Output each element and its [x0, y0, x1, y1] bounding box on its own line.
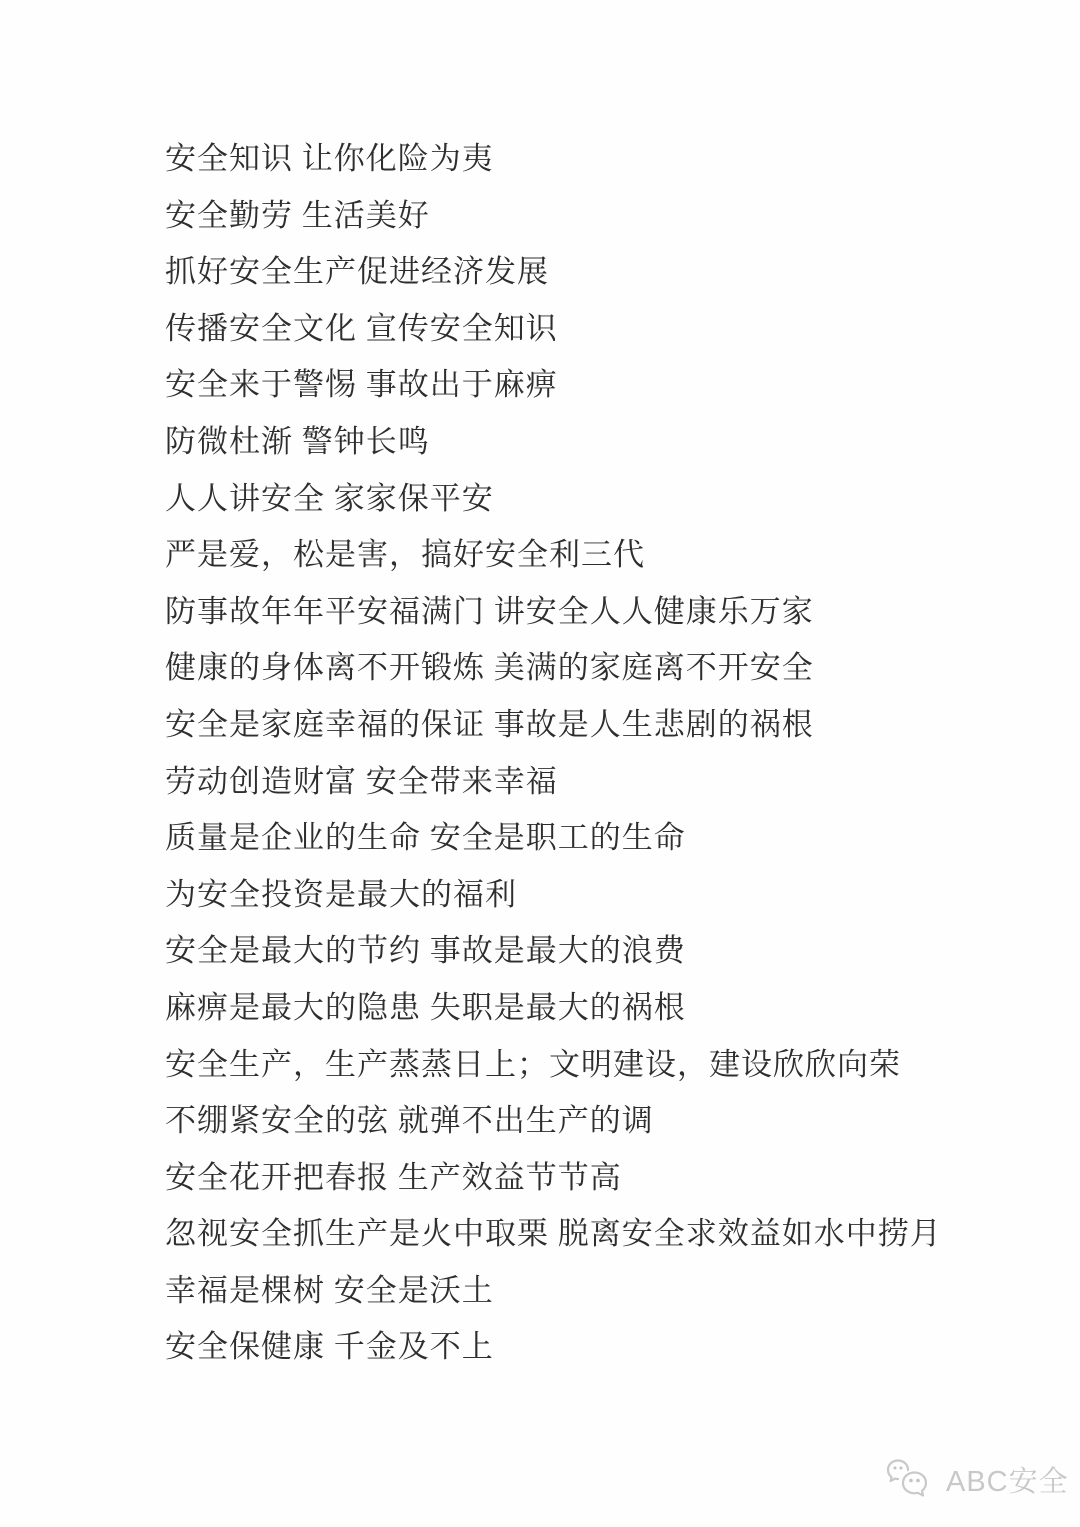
slogan-line: 健康的身体离不开锻炼 美满的家庭离不开安全	[165, 640, 1040, 697]
slogan-line: 安全保健康 千金及不上	[165, 1319, 1040, 1376]
document-page: 安全知识 让你化险为夷 安全勤劳 生活美好 抓好安全生产促进经济发展 传播安全文…	[0, 0, 1080, 1527]
slogan-list: 安全知识 让你化险为夷 安全勤劳 生活美好 抓好安全生产促进经济发展 传播安全文…	[165, 131, 1040, 1376]
slogan-line: 人人讲安全 家家保平安	[165, 471, 1040, 528]
slogan-line: 安全知识 让你化险为夷	[165, 131, 1040, 188]
slogan-line: 安全是最大的节约 事故是最大的浪费	[165, 923, 1040, 980]
slogan-line: 为安全投资是最大的福利	[165, 867, 1040, 924]
slogan-line: 严是爱，松是害，搞好安全利三代	[165, 527, 1040, 584]
slogan-line: 不绷紧安全的弦 就弹不出生产的调	[165, 1093, 1040, 1150]
slogan-line: 防微杜渐 警钟长鸣	[165, 414, 1040, 471]
slogan-line: 安全勤劳 生活美好	[165, 188, 1040, 245]
slogan-line: 安全来于警惕 事故出于麻痹	[165, 357, 1040, 414]
slogan-line: 防事故年年平安福满门 讲安全人人健康乐万家	[165, 584, 1040, 641]
watermark: ABC安全	[886, 1458, 1069, 1500]
slogan-line: 质量是企业的生命 安全是职工的生命	[165, 810, 1040, 867]
slogan-line: 安全生产，生产蒸蒸日上；文明建设，建设欣欣向荣	[165, 1037, 1040, 1094]
slogan-line: 传播安全文化 宣传安全知识	[165, 301, 1040, 358]
slogan-line: 幸福是棵树 安全是沃土	[165, 1263, 1040, 1320]
wechat-icon	[886, 1458, 940, 1500]
watermark-label: ABC安全	[946, 1459, 1069, 1500]
slogan-line: 劳动创造财富 安全带来幸福	[165, 754, 1040, 811]
slogan-line: 抓好安全生产促进经济发展	[165, 244, 1040, 301]
slogan-line: 安全是家庭幸福的保证 事故是人生悲剧的祸根	[165, 697, 1040, 754]
slogan-line: 麻痹是最大的隐患 失职是最大的祸根	[165, 980, 1040, 1037]
slogan-line: 安全花开把春报 生产效益节节高	[165, 1150, 1040, 1207]
slogan-line: 忽视安全抓生产是火中取栗 脱离安全求效益如水中捞月	[165, 1206, 1040, 1263]
